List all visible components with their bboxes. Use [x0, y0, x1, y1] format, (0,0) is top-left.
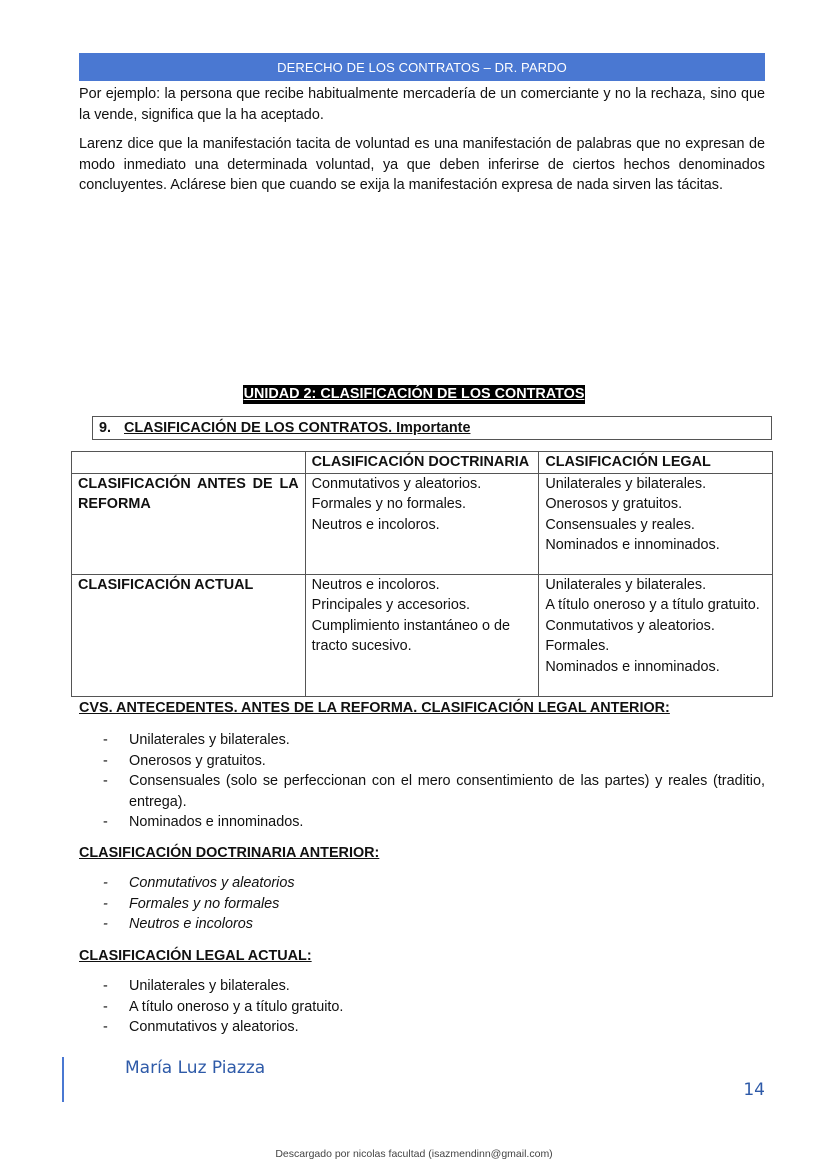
dash-bullet: - [103, 1017, 108, 1038]
list-item: -A título oneroso y a título gratuito. [79, 997, 765, 1018]
cell-item: Conmutativos y aleatorios. [312, 474, 533, 495]
list-item: -Formales y no formales [79, 894, 765, 915]
cell-item: A título oneroso y a título gratuito. [545, 595, 766, 616]
cell-item: Cumplimiento instantáneo o de tracto suc… [312, 616, 533, 657]
header-title: DERECHO DE LOS CONTRATOS – DR. PARDO [277, 60, 567, 75]
table-header-row: CLASIFICACIÓN DOCTRINARIA CLASIFICACIÓN … [72, 452, 773, 474]
list-item: -Conmutativos y aleatorios [79, 873, 765, 894]
list-item: -Onerosos y gratuitos. [79, 751, 765, 772]
dash-bullet: - [103, 730, 108, 751]
cell-item: Nominados e innominados. [545, 535, 766, 556]
classification-table: CLASIFICACIÓN DOCTRINARIA CLASIFICACIÓN … [71, 451, 773, 697]
dash-bullet: - [103, 873, 108, 894]
cell-item: Nominados e innominados. [545, 657, 766, 678]
document-header: DERECHO DE LOS CONTRATOS – DR. PARDO [79, 53, 765, 81]
footer-author: María Luz Piazza [125, 1058, 265, 1078]
heading-legal-actual: CLASIFICACIÓN LEGAL ACTUAL: [79, 946, 312, 966]
dash-bullet: - [103, 894, 108, 915]
cell-item: Formales. [545, 636, 766, 657]
cell-item: Unilaterales y bilaterales. [545, 575, 766, 596]
paragraph-example: Por ejemplo: la persona que recibe habit… [79, 84, 765, 125]
cell-item: Consensuales y reales. [545, 515, 766, 536]
download-note: Descargado por nicolas facultad (isazmen… [0, 1148, 828, 1160]
dash-bullet: - [103, 812, 108, 833]
legal-cell: Unilaterales y bilaterales. Onerosos y g… [539, 473, 773, 574]
doctrinaria-cell: Neutros e incoloros. Principales y acces… [305, 574, 539, 696]
list-item: -Conmutativos y aleatorios. [79, 1017, 765, 1038]
table-header-empty [72, 452, 306, 474]
dash-bullet: - [103, 751, 108, 772]
list-legal-anterior: -Unilaterales y bilaterales. -Onerosos y… [79, 730, 765, 833]
table-row: CLASIFICACIÓN ACTUAL Neutros e incoloros… [72, 574, 773, 696]
list-item: -Unilaterales y bilaterales. [79, 976, 765, 997]
list-item: -Unilaterales y bilaterales. [79, 730, 765, 751]
cell-item: Onerosos y gratuitos. [545, 494, 766, 515]
section-title: CLASIFICACIÓN DE LOS CONTRATOS. Importan… [124, 417, 470, 439]
table-row: CLASIFICACIÓN ANTES DE LA REFORMA Conmut… [72, 473, 773, 574]
section-number: 9. [99, 417, 111, 439]
dash-bullet: - [103, 976, 108, 997]
page-number: 14 [743, 1080, 765, 1100]
legal-cell: Unilaterales y bilaterales. A título one… [539, 574, 773, 696]
cell-item: Neutros e incoloros. [312, 575, 533, 596]
cell-item: Conmutativos y aleatorios. [545, 616, 766, 637]
cell-item: Formales y no formales. [312, 494, 533, 515]
doctrinaria-cell: Conmutativos y aleatorios. Formales y no… [305, 473, 539, 574]
dash-bullet: - [103, 771, 108, 792]
cell-item: Neutros e incoloros. [312, 515, 533, 536]
heading-cvs-legal-anterior: CVS. ANTECEDENTES. ANTES DE LA REFORMA. … [79, 698, 670, 718]
table-header-doctrinaria: CLASIFICACIÓN DOCTRINARIA [305, 452, 539, 474]
list-doctrinaria-anterior: -Conmutativos y aleatorios -Formales y n… [79, 873, 765, 935]
unit-heading-text: UNIDAD 2: CLASIFICACIÓN DE LOS CONTRATOS [243, 385, 586, 404]
row-label: CLASIFICACIÓN ACTUAL [72, 574, 306, 696]
list-item: -Nominados e innominados. [79, 812, 765, 833]
footer-accent-bar [62, 1057, 64, 1102]
dash-bullet: - [103, 997, 108, 1018]
dash-bullet: - [103, 914, 108, 935]
row-label: CLASIFICACIÓN ANTES DE LA REFORMA [72, 473, 306, 574]
cell-item: Principales y accesorios. [312, 595, 533, 616]
section-title-box: 9. CLASIFICACIÓN DE LOS CONTRATOS. Impor… [92, 416, 772, 440]
list-item: -Consensuales (solo se perfeccionan con … [79, 771, 765, 812]
heading-doctrinaria-anterior: CLASIFICACIÓN DOCTRINARIA ANTERIOR: [79, 843, 379, 863]
unit-heading: UNIDAD 2: CLASIFICACIÓN DE LOS CONTRATOS [0, 385, 828, 404]
paragraph-larenz: Larenz dice que la manifestación tacita … [79, 134, 765, 196]
list-legal-actual: -Unilaterales y bilaterales. -A título o… [79, 976, 765, 1038]
cell-item: Unilaterales y bilaterales. [545, 474, 766, 495]
table-header-legal: CLASIFICACIÓN LEGAL [539, 452, 773, 474]
list-item: -Neutros e incoloros [79, 914, 765, 935]
